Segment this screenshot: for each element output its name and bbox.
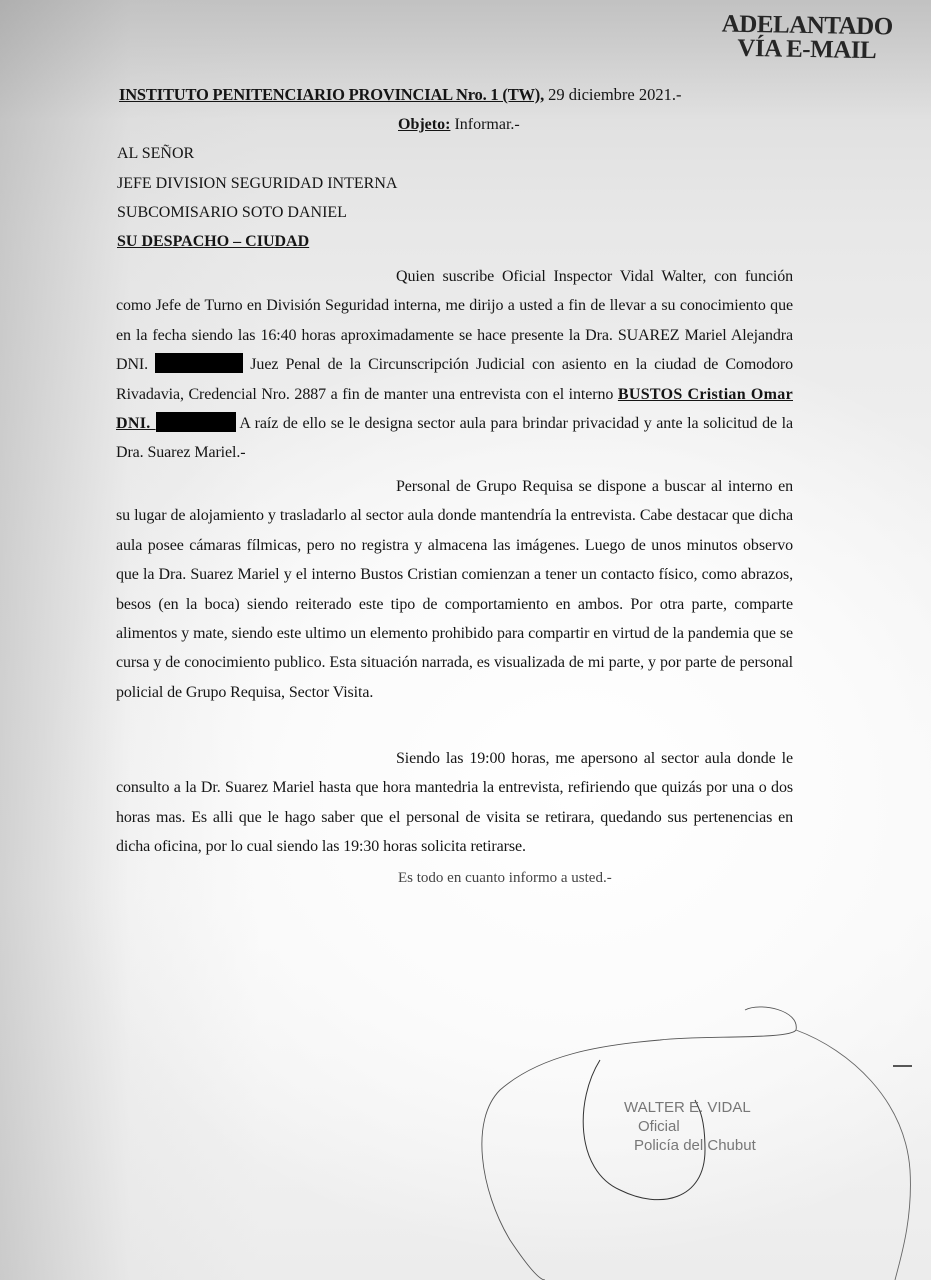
officer-seal: WALTER E. VIDAL Oficial Policía del Chub…	[624, 1098, 756, 1155]
officer-name: WALTER E. VIDAL	[624, 1098, 756, 1117]
paragraph-3-text: Siendo las 19:00 horas, me apersono al s…	[116, 750, 793, 855]
subject-line: Objeto: Informar.-	[398, 116, 520, 134]
addressee-line-4: SU DESPACHO – CIUDAD	[117, 233, 309, 251]
letterhead: INSTITUTO PENITENCIARIO PROVINCIAL Nro. …	[119, 85, 681, 105]
paragraph-1: Quien suscribe Oficial Inspector Vidal W…	[116, 262, 793, 468]
officer-institution: Policía del Chubut	[624, 1136, 756, 1155]
addressee-line-3: SUBCOMISARIO SOTO DANIEL	[117, 204, 347, 222]
paragraph-2: Personal de Grupo Requisa se dispone a b…	[116, 472, 793, 707]
closing-line: Es todo en cuanto informo a usted.-	[398, 870, 612, 887]
subject-label: Objeto:	[398, 116, 450, 133]
institution-name: INSTITUTO PENITENCIARIO PROVINCIAL Nro. …	[119, 85, 544, 104]
forwarded-stamp: ADELANTADO VÍA E-MAIL	[712, 12, 903, 63]
redacted-dni-1	[155, 353, 243, 373]
document-date: 29 diciembre 2021.-	[544, 85, 681, 104]
addressee-line-1: AL SEÑOR	[117, 145, 194, 163]
stamp-line-2: VÍA E-MAIL	[712, 36, 902, 63]
redacted-dni-2	[156, 412, 236, 432]
paragraph-2-text: Personal de Grupo Requisa se dispone a b…	[116, 478, 793, 701]
subject-value: Informar.-	[450, 116, 519, 133]
addressee-line-2: JEFE DIVISION SEGURIDAD INTERNA	[117, 175, 397, 193]
officer-rank: Oficial	[624, 1117, 756, 1136]
paragraph-3: Siendo las 19:00 horas, me apersono al s…	[116, 744, 793, 862]
